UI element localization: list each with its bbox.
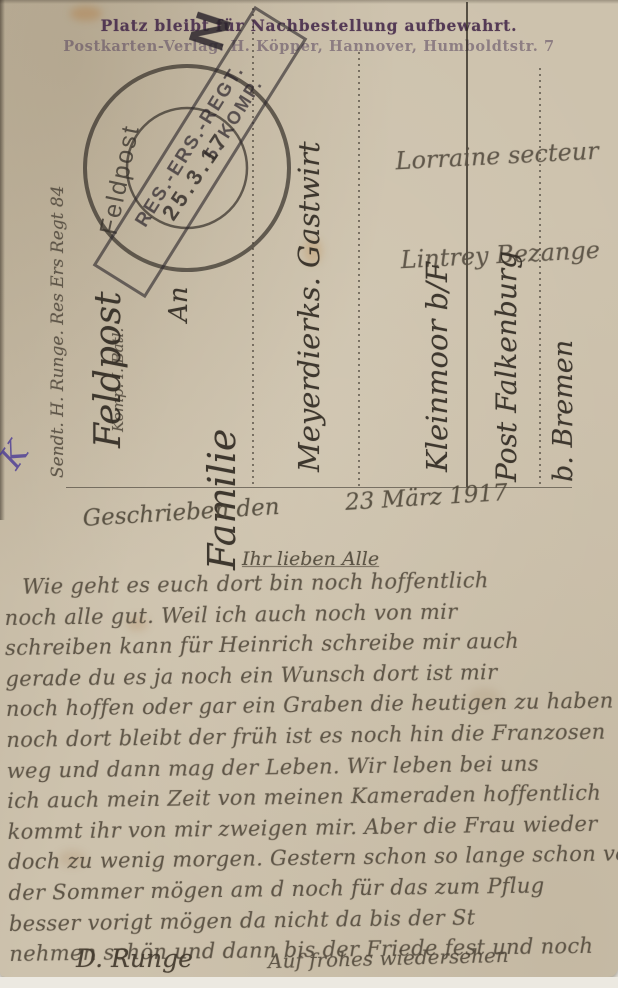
address-col-region: b. Bremen (548, 262, 579, 482)
letter-signature: D. Runge (76, 944, 193, 973)
card-top-edge-shadow (0, 0, 618, 4)
address-col-place: Kleinmoor b/F (420, 142, 454, 472)
letter-body: Wie geht es euch dort bin noch hoffentli… (4, 563, 618, 969)
postcard-scan: Platz bleibt für Nachbestellung aufbewah… (0, 0, 618, 988)
address-col-post: Post Falkenburg (490, 142, 523, 482)
scanner-background (0, 977, 618, 988)
address-col-an: An (164, 232, 194, 322)
sender-line1: Sendt. H. Runge. Res Ers Regt 84 (48, 108, 68, 478)
printed-header-line2: Postkarten-Verlag: H. Köpper, Hannover, … (0, 38, 618, 55)
printed-header-line1: Platz bleibt für Nachbestellung aufbewah… (0, 16, 618, 35)
address-col-feldpost: Feldpost (88, 148, 129, 448)
postcard: Platz bleibt für Nachbestellung aufbewah… (0, 0, 618, 977)
address-rule-dotted-2 (358, 52, 360, 487)
address-col-name: Meyerdierks. Gastwirt (292, 62, 326, 472)
letter-closing: Auf frohes wiedersehen (268, 943, 509, 973)
